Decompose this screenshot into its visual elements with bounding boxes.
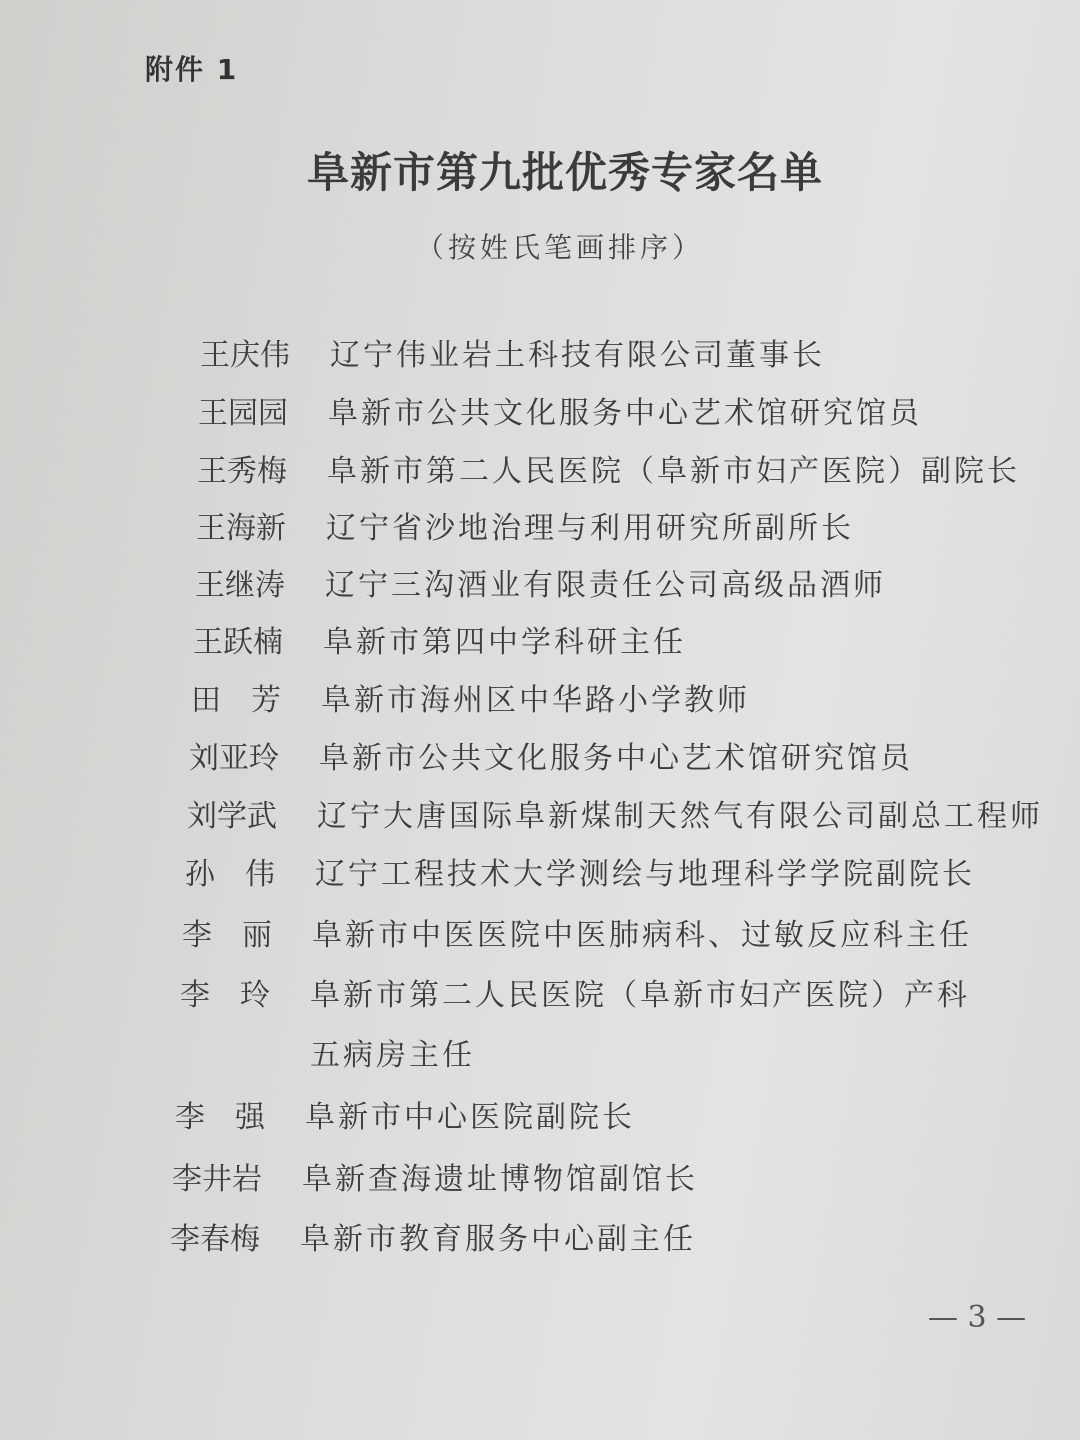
expert-name: 王继涛 bbox=[195, 560, 325, 604]
expert-description: 辽宁三沟酒业有限责任公司高级品酒师 bbox=[325, 560, 886, 604]
expert-name: 李 丽 bbox=[182, 910, 312, 954]
expert-row: 李井岩 阜新查海遗址博物馆副馆长 bbox=[172, 1154, 698, 1198]
attachment-label: 附件 1 bbox=[145, 48, 238, 88]
expert-name: 王园园 bbox=[198, 388, 328, 432]
expert-name: 李 强 bbox=[175, 1092, 305, 1136]
expert-row: 李 丽 阜新市中医医院中医肺病科、过敏反应科主任 bbox=[182, 910, 972, 954]
expert-row: 李 玲 阜新市第二人民医院（阜新市妇产医院）产科 bbox=[180, 970, 970, 1014]
expert-name: 田 芳 bbox=[191, 675, 321, 719]
expert-row: 王园园 阜新市公共文化服务中心艺术馆研究馆员 bbox=[198, 388, 922, 432]
expert-description: 阜新市教育服务中心副主任 bbox=[300, 1214, 696, 1258]
expert-name: 王庆伟 bbox=[200, 330, 330, 374]
expert-name: 王秀梅 bbox=[197, 446, 327, 490]
expert-row-continuation: 五病房主任 bbox=[310, 1030, 475, 1074]
document-subtitle: （按姓氏笔画排序） bbox=[0, 226, 1080, 266]
expert-description: 阜新市公共文化服务中心艺术馆研究馆员 bbox=[319, 733, 913, 777]
expert-description: 辽宁伟业岩土科技有限公司董事长 bbox=[330, 330, 825, 374]
expert-description-continuation: 五病房主任 bbox=[310, 1030, 475, 1074]
expert-row: 王继涛 辽宁三沟酒业有限责任公司高级品酒师 bbox=[195, 560, 886, 604]
expert-description: 阜新市中医医院中医肺病科、过敏反应科主任 bbox=[312, 910, 972, 954]
expert-row: 田 芳 阜新市海州区中华路小学教师 bbox=[191, 675, 750, 719]
expert-description: 阜新市海州区中华路小学教师 bbox=[321, 675, 750, 719]
expert-name: 孙 伟 bbox=[185, 849, 315, 893]
expert-name: 刘学武 bbox=[187, 791, 317, 835]
expert-name: 王跃楠 bbox=[193, 617, 323, 661]
expert-row: 王庆伟 辽宁伟业岩土科技有限公司董事长 bbox=[200, 330, 825, 374]
expert-row: 孙 伟 辽宁工程技术大学测绘与地理科学学院副院长 bbox=[185, 849, 975, 893]
expert-description: 辽宁省沙地治理与利用研究所副所长 bbox=[326, 503, 854, 547]
expert-row: 李 强 阜新市中心医院副院长 bbox=[175, 1092, 635, 1136]
expert-description: 阜新市第四中学科研主任 bbox=[323, 617, 686, 661]
expert-description: 阜新查海遗址博物馆副馆长 bbox=[302, 1154, 698, 1198]
page-number: — 3 — bbox=[928, 1300, 1026, 1335]
expert-row: 王跃楠 阜新市第四中学科研主任 bbox=[193, 617, 686, 661]
expert-description: 阜新市公共文化服务中心艺术馆研究馆员 bbox=[328, 388, 922, 432]
expert-description: 辽宁大唐国际阜新煤制天然气有限公司副总工程师 bbox=[317, 791, 1043, 835]
expert-row: 刘学武 辽宁大唐国际阜新煤制天然气有限公司副总工程师 bbox=[187, 791, 1043, 835]
expert-description: 辽宁工程技术大学测绘与地理科学学院副院长 bbox=[315, 849, 975, 893]
expert-name: 李春梅 bbox=[170, 1214, 300, 1258]
expert-row: 李春梅 阜新市教育服务中心副主任 bbox=[170, 1214, 696, 1258]
expert-name: 王海新 bbox=[196, 503, 326, 547]
expert-name: 刘亚玲 bbox=[189, 733, 319, 777]
expert-description: 阜新市第二人民医院（阜新市妇产医院）产科 bbox=[310, 970, 970, 1014]
expert-row: 王秀梅 阜新市第二人民医院（阜新市妇产医院）副院长 bbox=[197, 446, 1020, 490]
expert-name: 李井岩 bbox=[172, 1154, 302, 1198]
expert-row: 王海新 辽宁省沙地治理与利用研究所副所长 bbox=[196, 503, 854, 547]
expert-description: 阜新市中心医院副院长 bbox=[305, 1092, 635, 1136]
expert-description: 阜新市第二人民医院（阜新市妇产医院）副院长 bbox=[327, 446, 1020, 490]
expert-name: 李 玲 bbox=[180, 970, 310, 1014]
document-title: 阜新市第九批优秀专家名单 bbox=[0, 140, 1080, 200]
expert-row: 刘亚玲 阜新市公共文化服务中心艺术馆研究馆员 bbox=[189, 733, 913, 777]
